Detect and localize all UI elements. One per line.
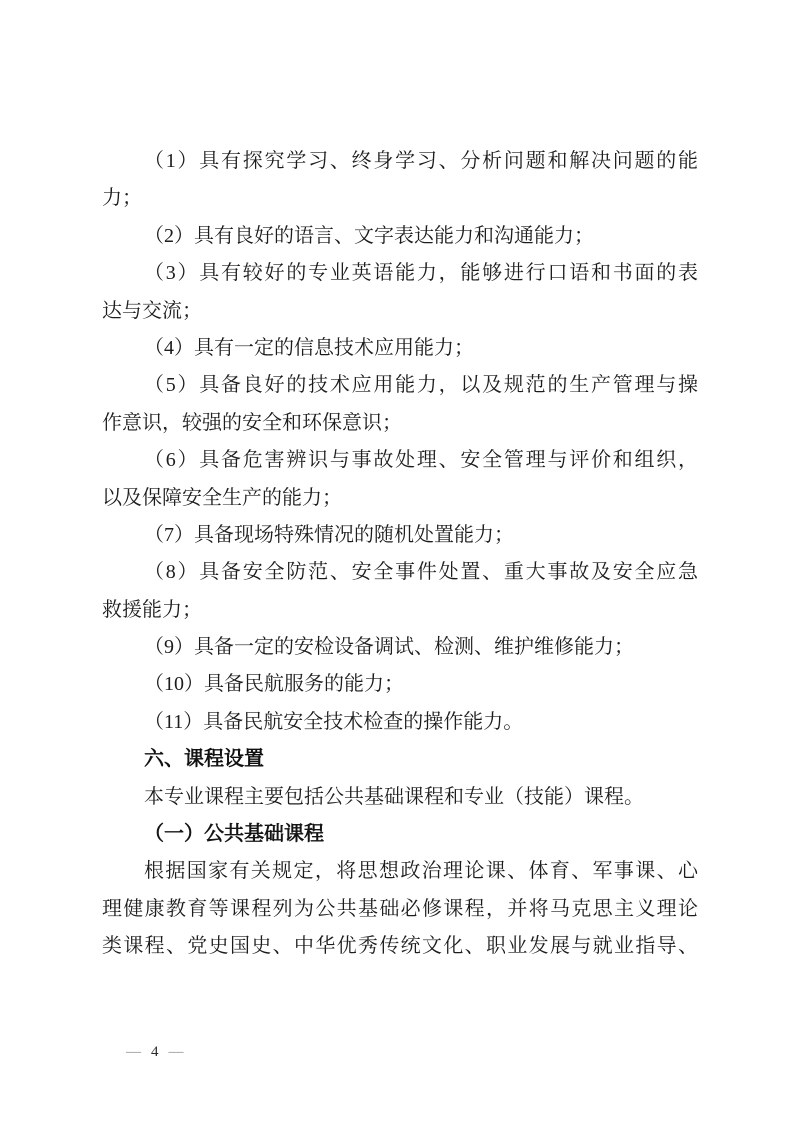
item-4-line-1: （4）具有一定的信息技术应用能力； [102,330,698,367]
item-1-line-2: 力； [102,180,698,217]
item-5-line-1: （5）具备良好的技术应用能力，以及规范的生产管理与操 [102,367,698,404]
item-9-line-1: （9）具备一定的安检设备调试、检测、维护维修能力； [102,629,698,666]
item-8-line-2: 救援能力； [102,592,698,629]
item-3-line-1: （3）具有较好的专业英语能力，能够进行口语和书面的表 [102,255,698,292]
subsection-heading: （一）公共基础课程 [102,816,698,853]
document-body: （1）具有探究学习、终身学习、分析问题和解决问题的能力；（2）具有良好的语言、文… [102,143,698,966]
intro-paragraph-line-1: 本专业课程主要包括公共基础课程和专业（技能）课程。 [102,779,698,816]
page-number: 4 [151,1044,159,1060]
section-heading: 六、课程设置 [102,741,698,778]
item-2-line-1: （2）具有良好的语言、文字表达能力和沟通能力； [102,218,698,255]
item-6-line-2: 以及保障安全生产的能力； [102,480,698,517]
document-page: （1）具有探究学习、终身学习、分析问题和解决问题的能力；（2）具有良好的语言、文… [0,0,793,1122]
item-6-line-1: （6）具备危害辨识与事故处理、安全管理与评价和组织， [102,442,698,479]
item-1-line-1: （1）具有探究学习、终身学习、分析问题和解决问题的能 [102,143,698,180]
item-10-line-1: （10）具备民航服务的能力； [102,666,698,703]
public-courses-line-1: 根据国家有关规定，将思想政治理论课、体育、军事课、心 [102,853,698,890]
item-11-line-1: （11）具备民航安全技术检查的操作能力。 [102,704,698,741]
item-7-line-1: （7）具备现场特殊情况的随机处置能力； [102,517,698,554]
footer-left-dash: — [126,1044,141,1060]
item-3-line-2: 达与交流； [102,293,698,330]
footer-right-dash: — [169,1044,184,1060]
item-8-line-1: （8）具备安全防范、安全事件处置、重大事故及安全应急 [102,554,698,591]
page-footer: —4— [126,1044,184,1060]
item-5-line-2: 作意识，较强的安全和环保意识； [102,405,698,442]
public-courses-line-3: 类课程、党史国史、中华优秀传统文化、职业发展与就业指导、 [102,928,698,965]
public-courses-line-2: 理健康教育等课程列为公共基础必修课程，并将马克思主义理论 [102,891,698,928]
